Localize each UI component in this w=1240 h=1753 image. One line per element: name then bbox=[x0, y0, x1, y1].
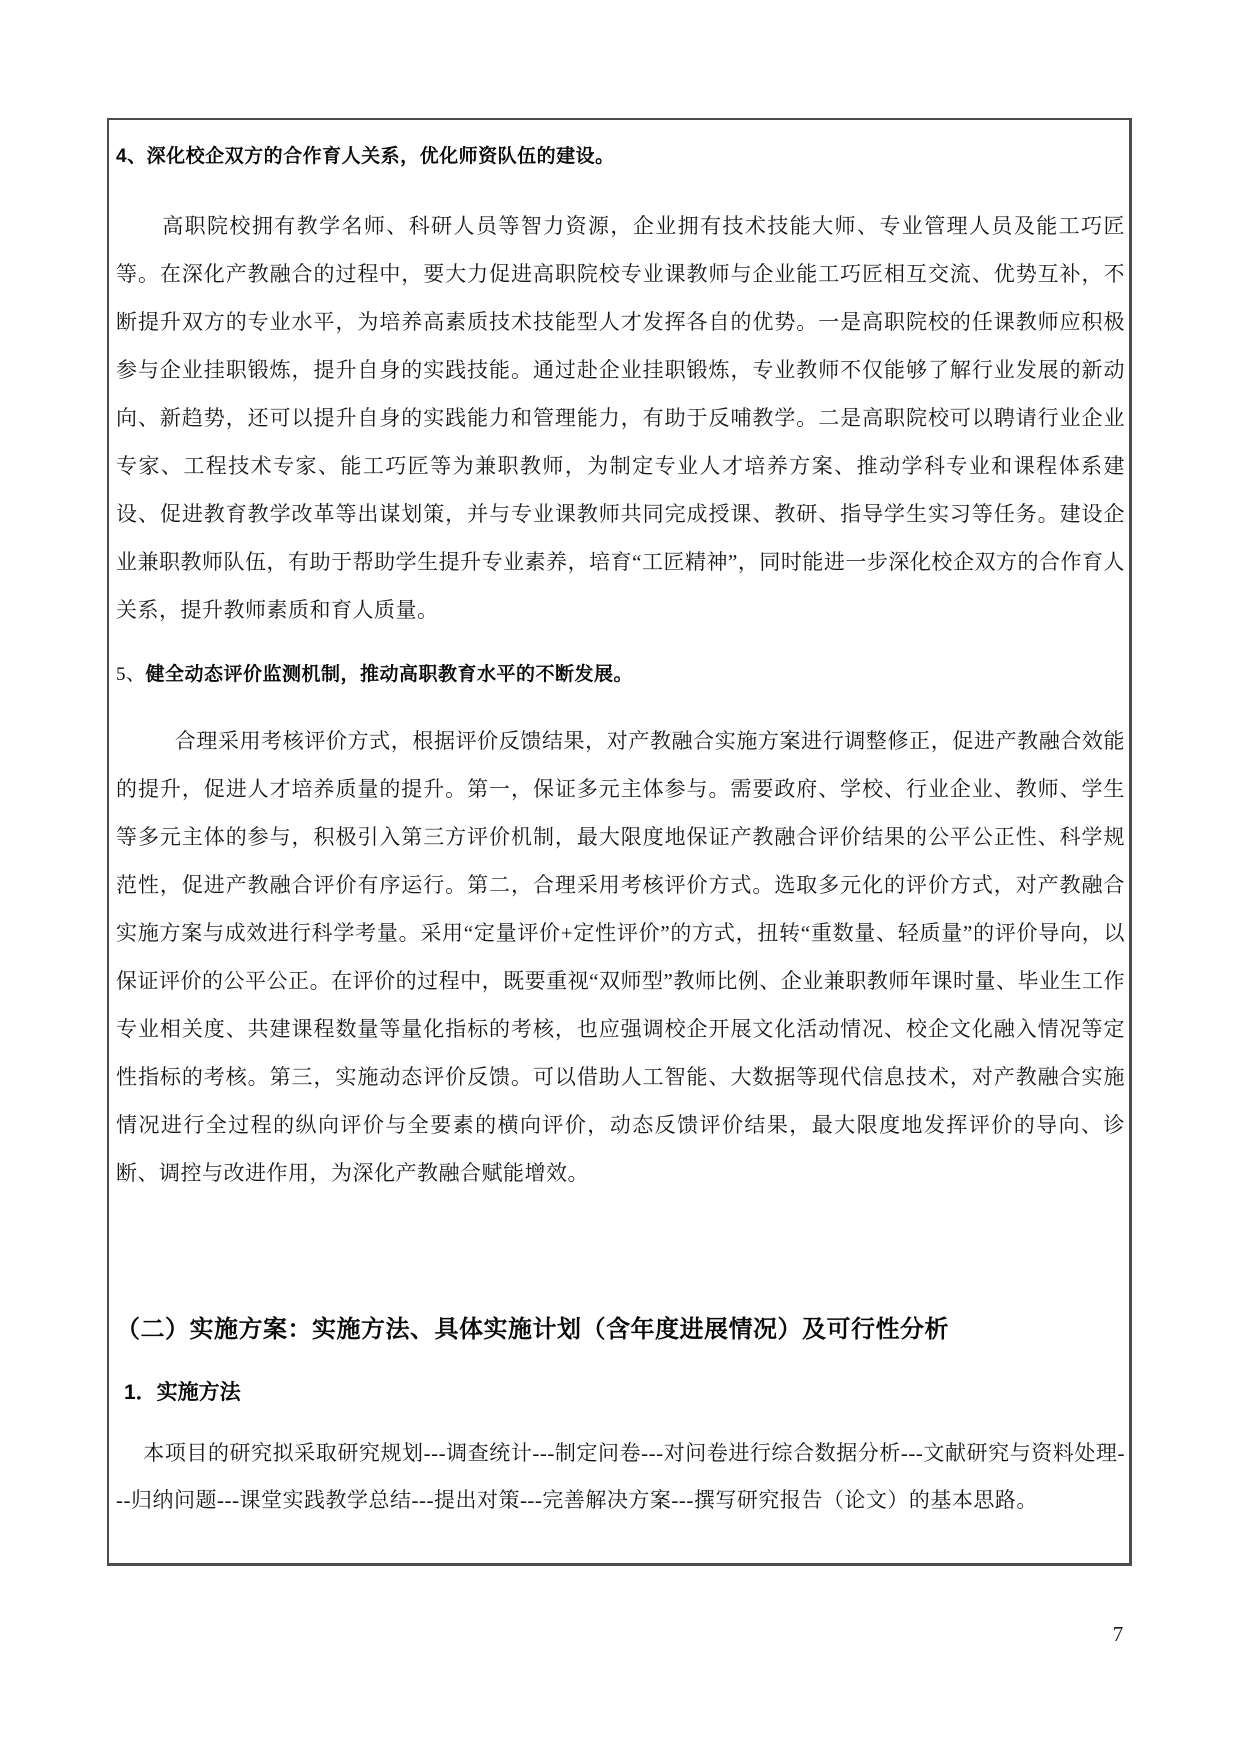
section-5-heading-number: 5、 bbox=[116, 664, 146, 685]
section-5-heading-text: 健全动态评价监测机制，推动高职教育水平的不断发展。 bbox=[146, 664, 634, 685]
section-4-heading-text: 深化校企双方的合作育人关系，优化师资队伍的建设。 bbox=[147, 146, 615, 167]
form-cell: 4、深化校企双方的合作育人关系，优化师资队伍的建设。 高职院校拥有教学名师、科研… bbox=[107, 118, 1132, 1566]
plan-method-body: 本项目的研究拟采取研究规划---调查统计---制定问卷---对问卷进行综合数据分… bbox=[116, 1430, 1125, 1524]
section-5-heading: 5、健全动态评价监测机制，推动高职教育水平的不断发展。 bbox=[116, 663, 1125, 687]
section-4-heading: 4、深化校企双方的合作育人关系，优化师资队伍的建设。 bbox=[116, 145, 1125, 169]
section-4-heading-number: 4、 bbox=[116, 146, 147, 167]
plan-method-subheading: 1．实施方法 bbox=[124, 1380, 1125, 1406]
document-page: { "document": { "sections": [ { "heading… bbox=[0, 0, 1240, 1753]
section-5-body: 合理采用考核评价方式，根据评价反馈结果，对产教融合实施方案进行调整修正，促进产教… bbox=[116, 717, 1125, 1197]
page-number: 7 bbox=[1106, 1622, 1130, 1647]
section-4-body: 高职院校拥有教学名师、科研人员等智力资源，企业拥有技术技能大师、专业管理人员及能… bbox=[116, 202, 1125, 634]
plan-section-heading: （二）实施方案：实施方法、具体实施计划（含年度进展情况）及可行性分析 bbox=[116, 1315, 1125, 1345]
